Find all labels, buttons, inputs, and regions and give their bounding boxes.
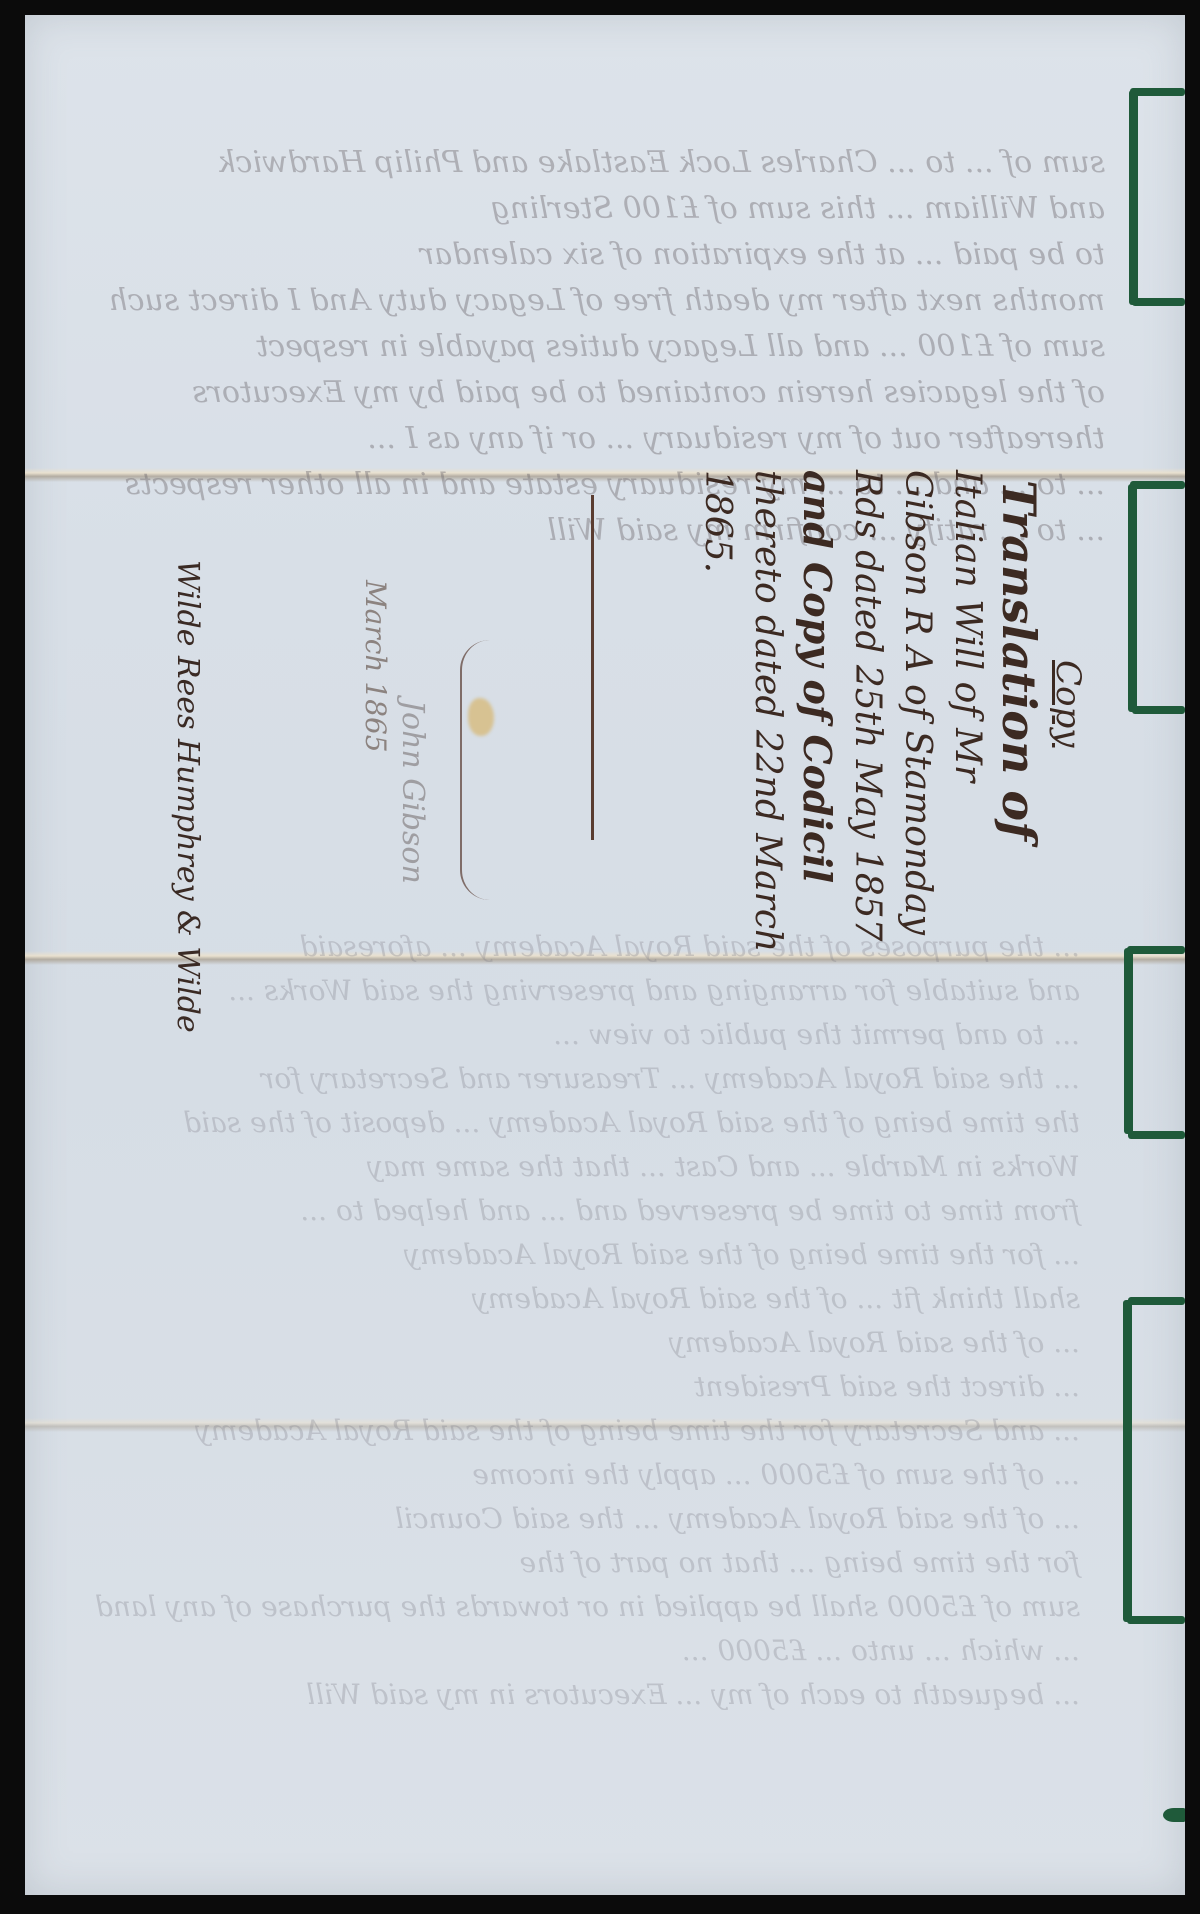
endorsement-title-block: Copy Translation of Italian Will of Mr G… <box>692 470 1090 1170</box>
faint-signature: John Gibson <box>395 700 430 884</box>
endorsement-line: Translation of <box>992 480 1046 1170</box>
endorsement-line: thereto dated 22nd March <box>742 470 792 1170</box>
endorsement-heading: Copy <box>1046 660 1090 1170</box>
solicitor-firm-endorsement: Wilde Rees Humphrey & Wilde <box>170 560 205 1033</box>
endorsement-line: and Copy of Codicil <box>792 470 842 1170</box>
endorsement-line: Gibson R A of Stamonday <box>892 470 942 1170</box>
endorsement-line: Rds dated 25th May 1857 <box>842 470 892 1170</box>
paper-stain <box>468 698 494 736</box>
endorsement-line: 1865. <box>692 470 742 1170</box>
ruled-divider-line <box>591 495 594 840</box>
bracket-mark <box>460 640 490 900</box>
endorsement-line: Italian Will of Mr <box>942 470 992 1170</box>
faint-date-text: March 1865 <box>359 580 392 753</box>
scan-background-edge <box>1185 0 1200 1914</box>
